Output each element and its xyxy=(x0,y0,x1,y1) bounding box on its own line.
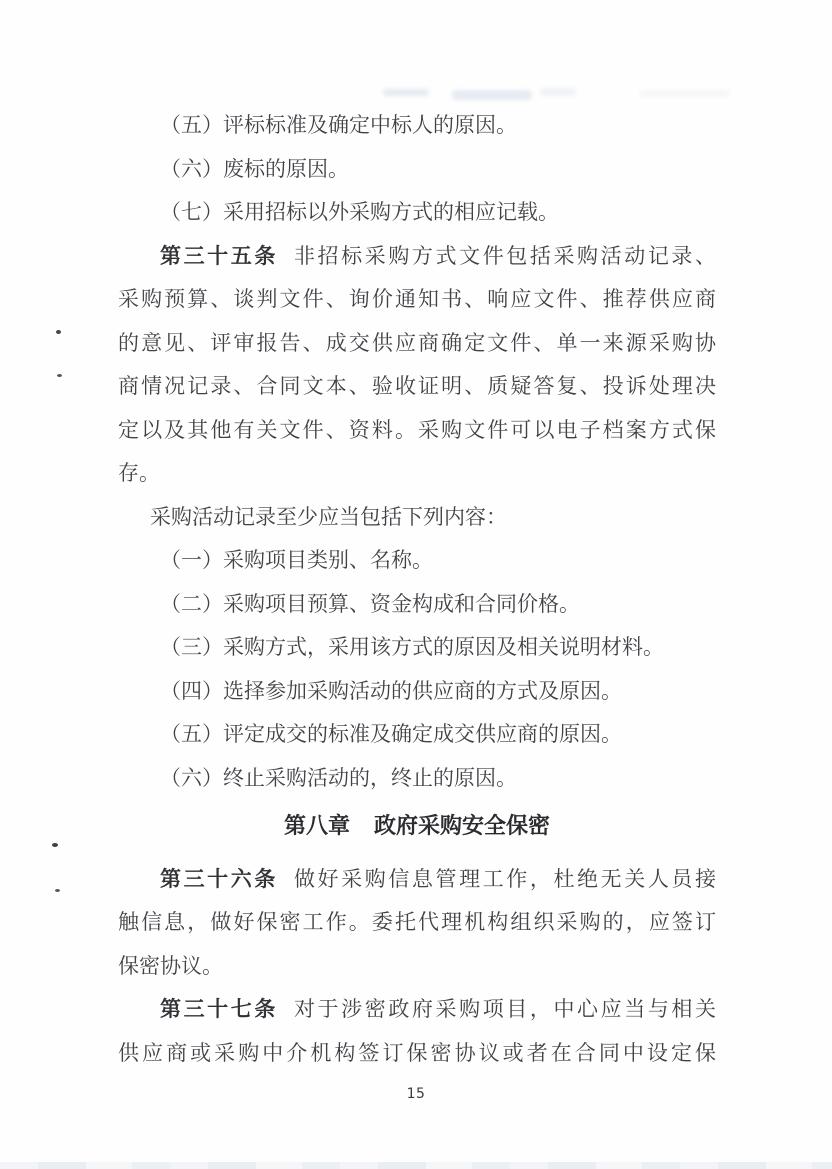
line-article-start: 第三十六条做好采购信息管理工作，杜绝无关人员接 xyxy=(118,858,716,902)
line-text: （五）评标标准及确定中标人的原因。 xyxy=(160,113,517,137)
line-item: （五）评标标准及确定中标人的原因。 xyxy=(118,104,716,148)
line-text: 采购预算、谈判文件、询价通知书、响应文件、推荐供应商 xyxy=(118,287,716,311)
line-paragraph-start: 采购活动记录至少应当包括下列内容： xyxy=(118,496,716,540)
scan-smudge xyxy=(640,90,730,97)
scan-speck xyxy=(56,330,61,334)
line-text: 的意见、评审报告、成交供应商确定文件、单一来源采购协 xyxy=(118,331,716,355)
line-text: 商情况记录、合同文本、验收证明、质疑答复、投诉处理决 xyxy=(118,374,716,398)
line-text: 保密协议。 xyxy=(118,954,223,978)
line-item: （一）采购项目类别、名称。 xyxy=(118,539,716,583)
scan-bottom-edge xyxy=(0,1162,832,1169)
line-text: 定以及其他有关文件、资料。采购文件可以电子档案方式保 xyxy=(118,418,716,442)
line-paragraph: 触信息，做好保密工作。委托代理机构组织采购的，应签订 xyxy=(118,901,716,945)
line-article-start: 第三十七条对于涉密政府采购项目，中心应当与相关 xyxy=(118,988,716,1032)
line-text: 非招标采购方式文件包括采购活动记录、 xyxy=(294,244,716,268)
line-item: （六）废标的原因。 xyxy=(118,148,716,192)
scan-smudge xyxy=(452,90,532,100)
line-paragraph: 存。 xyxy=(118,452,716,496)
line-item: （五）评定成交的标准及确定成交供应商的原因。 xyxy=(118,713,716,757)
scan-smudge xyxy=(540,88,576,96)
line-text: （五）评定成交的标准及确定成交供应商的原因。 xyxy=(160,722,622,746)
line-text: 对于涉密政府采购项目，中心应当与相关 xyxy=(294,997,716,1021)
line-paragraph: 定以及其他有关文件、资料。采购文件可以电子档案方式保 xyxy=(118,409,716,453)
scan-speck xyxy=(55,889,60,892)
line-text: （七）采用招标以外采购方式的相应记载。 xyxy=(160,200,559,224)
line-text: 供应商或采购中介机构签订保密协议或者在合同中设定保 xyxy=(118,1041,716,1065)
line-text: （三）采购方式，采用该方式的原因及相关说明材料。 xyxy=(160,635,664,659)
line-paragraph: 采购预算、谈判文件、询价通知书、响应文件、推荐供应商 xyxy=(118,278,716,322)
document-page: （五）评标标准及确定中标人的原因。（六）废标的原因。（七）采用招标以外采购方式的… xyxy=(0,0,832,1169)
page-number: 15 xyxy=(0,1086,832,1102)
line-paragraph: 供应商或采购中介机构签订保密协议或者在合同中设定保 xyxy=(118,1032,716,1076)
scan-speck xyxy=(57,374,62,377)
document-lines: （五）评标标准及确定中标人的原因。（六）废标的原因。（七）采用招标以外采购方式的… xyxy=(118,104,716,1075)
article-number: 第三十六条 xyxy=(160,868,278,891)
line-paragraph: 的意见、评审报告、成交供应商确定文件、单一来源采购协 xyxy=(118,322,716,366)
scan-smudge xyxy=(383,89,429,96)
line-text: 采购活动记录至少应当包括下列内容： xyxy=(150,505,507,529)
article-number: 第八章 xyxy=(284,813,350,838)
line-item: （四）选择参加采购活动的供应商的方式及原因。 xyxy=(118,670,716,714)
line-text: 做好采购信息管理工作，杜绝无关人员接 xyxy=(294,867,716,891)
line-item: （三）采购方式，采用该方式的原因及相关说明材料。 xyxy=(118,626,716,670)
line-text: （六）废标的原因。 xyxy=(160,157,349,181)
line-paragraph: 商情况记录、合同文本、验收证明、质疑答复、投诉处理决 xyxy=(118,365,716,409)
line-text: （四）选择参加采购活动的供应商的方式及原因。 xyxy=(160,679,622,703)
line-item: （六）终止采购活动的，终止的原因。 xyxy=(118,757,716,801)
article-number: 第三十五条 xyxy=(160,245,278,268)
line-item: （二）采购项目预算、资金构成和合同价格。 xyxy=(118,583,716,627)
line-chapter-heading: 第八章政府采购安全保密 xyxy=(118,804,716,848)
line-article-start: 第三十五条非招标采购方式文件包括采购活动记录、 xyxy=(118,235,716,279)
line-text: （六）终止采购活动的，终止的原因。 xyxy=(160,766,517,790)
scan-speck xyxy=(52,843,58,847)
line-text: （一）采购项目类别、名称。 xyxy=(160,548,433,572)
line-paragraph: 保密协议。 xyxy=(118,945,716,989)
line-text: 触信息，做好保密工作。委托代理机构组织采购的，应签订 xyxy=(118,910,716,934)
article-number: 第三十七条 xyxy=(160,998,278,1021)
line-item: （七）采用招标以外采购方式的相应记载。 xyxy=(118,191,716,235)
line-text: （二）采购项目预算、资金构成和合同价格。 xyxy=(160,592,580,616)
line-text: 存。 xyxy=(118,461,160,485)
article-number: 政府采购安全保密 xyxy=(374,813,550,838)
